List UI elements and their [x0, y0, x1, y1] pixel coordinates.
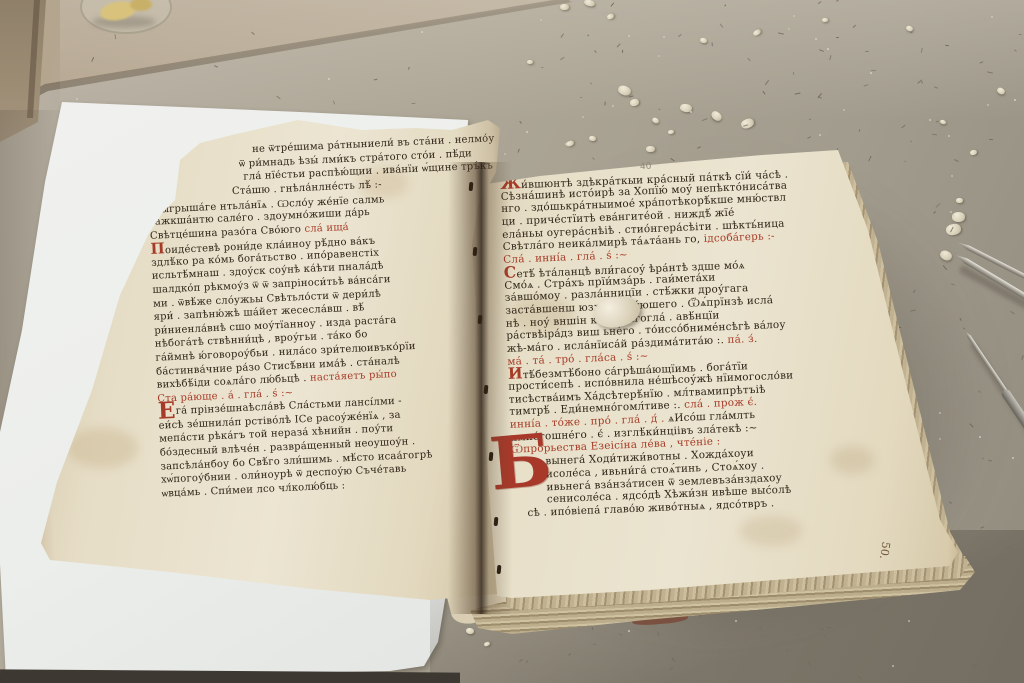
fiber-speck: [798, 634, 800, 636]
eraser-crumb: [956, 198, 963, 203]
table-front-edge: [0, 669, 460, 683]
crumb-speck: [658, 54, 660, 56]
crumb-speck: [891, 664, 894, 667]
crumb-speck: [928, 118, 930, 120]
fiber-speck: [827, 627, 831, 628]
book-gutter-fold: [448, 162, 512, 614]
crumb-speck: [689, 111, 692, 114]
binding-stitch: [494, 517, 499, 526]
fiber-speck: [1019, 33, 1022, 34]
crumb-speck: [826, 48, 828, 50]
binding-stitch: [497, 565, 502, 574]
binding-stitch: [484, 385, 489, 394]
eraser-crumb: [646, 146, 655, 152]
folio-number-mark: 50.: [877, 541, 893, 560]
fiber-speck: [592, 627, 593, 630]
pencil-mark-40: 40: [640, 162, 652, 173]
eraser-crumb: [822, 18, 828, 22]
binding-stitch: [489, 452, 494, 461]
binding-stitch: [473, 247, 478, 256]
fiber-speck: [580, 97, 582, 98]
fiber-speck: [809, 118, 812, 120]
fiber-speck: [989, 138, 993, 139]
fiber-speck: [932, 133, 937, 135]
binding-stitch: [478, 315, 483, 324]
binding-stitch: [469, 182, 474, 191]
crumb-speck: [990, 15, 993, 18]
crumb-speck: [948, 135, 950, 137]
fiber-speck: [604, 102, 605, 106]
eraser-crumb: [560, 4, 569, 10]
fiber-speck: [820, 629, 824, 630]
eraser-crumb: [527, 60, 533, 64]
fiber-speck: [1007, 546, 1010, 547]
fiber-speck: [865, 51, 869, 52]
fiber-speck: [871, 70, 876, 71]
photo-manuscript-conservation-scene: { "colors": { "ink": "#2f2417", "rubric"…: [0, 0, 1024, 683]
